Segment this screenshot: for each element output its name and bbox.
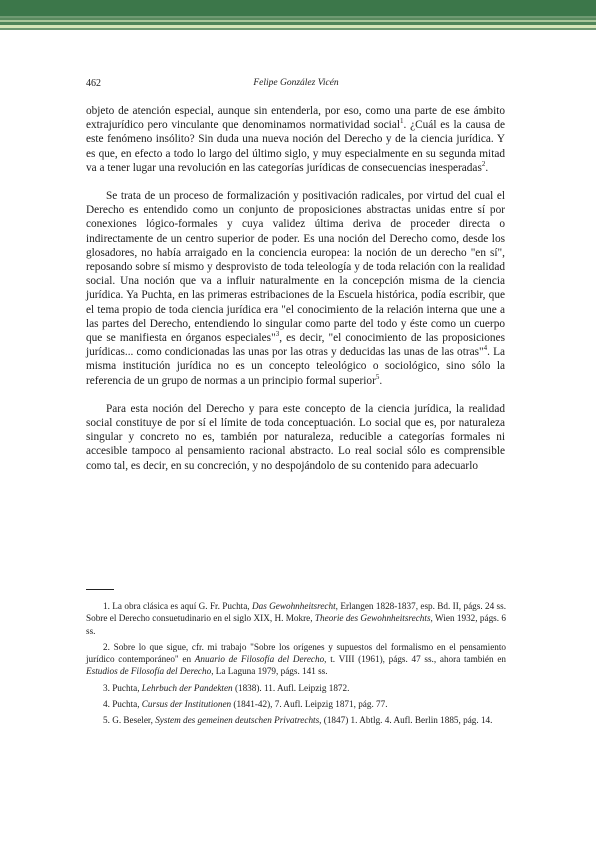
footnote: 2. Sobre lo que sigue, cfr. mi trabajo "… (86, 641, 506, 678)
text-run: (1838). 11. Aufl. Leipzig 1872. (233, 683, 350, 693)
text-run: Se trata de un proceso de formalización … (86, 190, 505, 344)
text-run: , t. VIII (1961), págs. 47 ss., ahora ta… (324, 654, 506, 664)
footnotes: 1. La obra clásica es aquí G. Fr. Puchta… (86, 600, 506, 731)
footnote: 3. Puchta, Lehrbuch der Pandekten (1838)… (86, 682, 506, 694)
italic-title: Estudios de Filosofía del Derecho (86, 666, 211, 676)
text-run: La obra clásica es aquí G. Fr. Puchta, (112, 601, 252, 611)
footnote: 1. La obra clásica es aquí G. Fr. Puchta… (86, 600, 506, 637)
italic-title: Cursus der Institutionen (142, 699, 231, 709)
text-run: . (485, 162, 488, 174)
footnote-number: 4. (103, 699, 112, 709)
body-paragraph: objeto de atención especial, aunque sin … (86, 104, 505, 175)
text-run: Puchta, (112, 699, 142, 709)
footnote-number: 1. (103, 601, 112, 611)
footnote: 5. G. Beseler, System des gemeinen deuts… (86, 714, 506, 726)
text-run: . (379, 375, 382, 387)
footnote-number: 2. (103, 642, 114, 652)
text-run: G. Beseler, (112, 715, 155, 725)
band-stripe (0, 0, 596, 16)
text-run: Para esta noción del Derecho y para este… (86, 403, 505, 472)
italic-title: Das Gewohnheitsrecht (252, 601, 336, 611)
band-stripe (0, 28, 596, 30)
italic-title: Anuario de Filosofía del Derecho (195, 654, 324, 664)
text-run: , (1847) 1. Abtlg. 4. Aufl. Berlin 1885,… (319, 715, 492, 725)
body-paragraph: Para esta noción del Derecho y para este… (86, 402, 505, 473)
italic-title: System des gemeinen deutschen Privatrech… (155, 715, 319, 725)
header-decorative-band (0, 0, 596, 30)
footnote-separator (86, 589, 114, 590)
italic-title: Lehrbuch der Pandekten (142, 683, 233, 693)
text-run: , La Laguna 1979, págs. 141 ss. (211, 666, 327, 676)
body-text: objeto de atención especial, aunque sin … (86, 104, 505, 473)
text-run: Puchta, (112, 683, 142, 693)
running-title: Felipe González Vicén (86, 78, 506, 88)
footnote-number: 5. (103, 715, 112, 725)
text-run: (1841-42), 7. Aufl. Leipzig 1871, pág. 7… (231, 699, 387, 709)
footnote-number: 3. (103, 683, 112, 693)
body-paragraph: Se trata de un proceso de formalización … (86, 189, 505, 388)
footnote: 4. Puchta, Cursus der Institutionen (184… (86, 698, 506, 710)
italic-title: Theorie des Gewohnheitsrechts (315, 613, 431, 623)
